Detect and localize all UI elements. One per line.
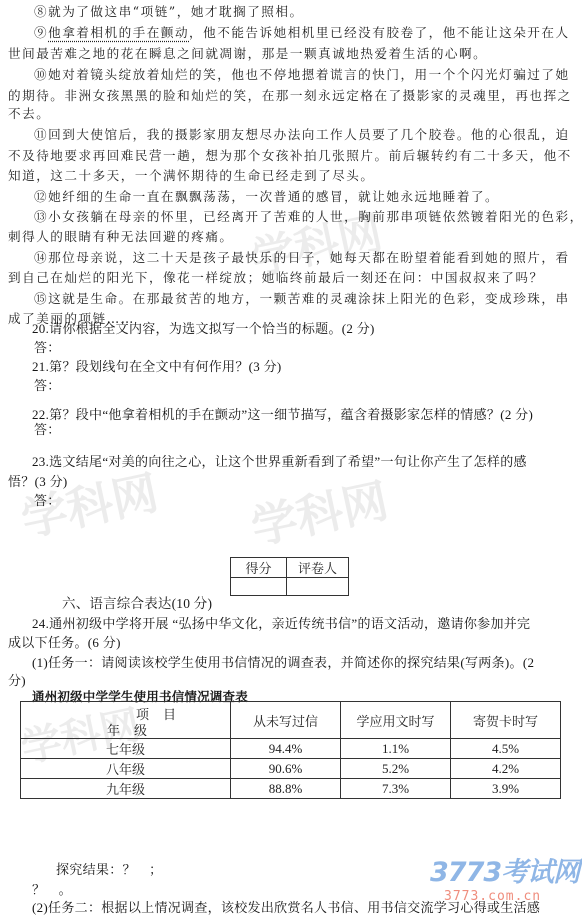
result-line-2: ？ 。	[32, 882, 72, 897]
emphasized-phrase: 他拿着相机的手在颤动	[48, 25, 189, 40]
value-cell: 1.1%	[341, 739, 451, 759]
paragraph-10-line-2: 的期待。非洲女孩黑黑的脸和灿烂的笑，在那一刻永远定格在了摄影家的灵魂里，再也挥之	[8, 88, 572, 103]
result-label: 探究结果：？ ；	[56, 862, 162, 877]
task-1-line-1: (1)任务一：请阅读该校学生使用书信情况的调查表，并简述你的探究结果(写两条)。…	[32, 655, 534, 670]
paragraph-11-line-2: 不及待地要求再回难民营一趟，想为那个女孩补拍几张照片。前后辗转约有二十多天，他不	[8, 148, 572, 163]
table-row: 九年级 88.8% 7.3% 3.9%	[21, 779, 561, 799]
column-header: 学应用文时写	[341, 702, 451, 739]
value-cell: 7.3%	[341, 779, 451, 799]
score-header: 得分	[231, 558, 287, 578]
question-23-line-1: 23.选文结尾“对美的向往之心，让这个世界重新看到了希望”一句让你产生了怎样的感	[32, 454, 527, 469]
value-cell: 5.2%	[341, 759, 451, 779]
paragraph-10-line-3: 不去。	[8, 106, 50, 121]
value-cell: 88.8%	[231, 779, 341, 799]
paragraph-8: ⑧就为了做这串“项链”，她才耽搁了照相。	[34, 4, 304, 19]
exam-page: 学科网 学科网 学科网 学科网 ⑧就为了做这串“项链”，她才耽搁了照相。 ⑨他拿…	[0, 0, 582, 918]
task-1-line-2: 分)	[8, 673, 26, 688]
paragraph-9-line-2: 世间最苦难之地的花在瞬息之间就凋谢，那是一颗真诚地热爱着生活的心啊。	[8, 46, 487, 61]
answer-label-20: 答：	[34, 340, 61, 355]
paragraph-12: ⑫她纤细的生命一直在飘飘荡荡，一次普通的感冒，就让她永远地睡着了。	[34, 189, 499, 204]
paragraph-10-line-1: ⑩她对着镜头绽放着灿烂的笑，他也不停地摁着谎言的快门，用一个个闪光灯骗过了她	[34, 67, 570, 82]
site-logo-watermark: 3773考试网 3773.com.cn	[430, 850, 579, 904]
logo-text: 3773考试网	[430, 850, 579, 889]
table-header-row: 项目 年级 从未写过信 学应用文时写 寄贺卡时写	[21, 702, 561, 739]
column-header: 从未写过信	[231, 702, 341, 739]
paragraph-11-line-3: 知道，这二十多天，一个满怀期待的生命已经走到了尽头。	[8, 168, 374, 183]
value-cell: 90.6%	[231, 759, 341, 779]
question-21: 21.第？段划线句在全文中有何作用？(3 分)	[32, 359, 282, 374]
paragraph-14-line-2: 到自己在灿烂的阳光下，像花一样绽放；她临终前最后一刻还在问：中国叔叔来了吗？	[8, 270, 544, 285]
paragraph-13-line-1: ⑬小女孩躺在母亲的怀里，已经离开了苦难的人世，胸前那串项链依然镀着阳光的色彩，	[34, 209, 582, 224]
question-22: 22.第？段中“他拿着相机的手在颤动”这一细节描写，蕴含着摄影家怎样的情感？(2…	[32, 407, 533, 422]
column-header: 寄贺卡时写	[451, 702, 561, 739]
grade-cell: 九年级	[21, 779, 231, 799]
value-cell: 94.4%	[231, 739, 341, 759]
section-6-title: 六、语言综合表达(10 分)	[62, 596, 212, 611]
grader-header: 评卷人	[287, 558, 349, 578]
watermark-text: 学科网	[245, 464, 394, 557]
survey-table: 项目 年级 从未写过信 学应用文时写 寄贺卡时写 七年级 94.4% 1.1% …	[20, 701, 561, 799]
corner-label-grade: 年级	[107, 720, 161, 739]
question-23-line-2: 悟？(3 分)	[8, 474, 68, 489]
value-cell: 3.9%	[451, 779, 561, 799]
grade-cell: 七年级	[21, 739, 231, 759]
score-cell[interactable]	[231, 578, 287, 596]
paragraph-15-line-1: ⑮这就是生命。在那最贫苦的地方，一颗苦难的灵魂涂抹上阳光的色彩，变成珍珠，串	[34, 291, 570, 306]
paragraph-13-line-2: 刺得人的眼睛有种无法回避的疼痛。	[8, 229, 234, 244]
question-24-line-2: 成以下任务。(6 分)	[8, 635, 121, 650]
paragraph-number: ⑨	[34, 25, 48, 40]
score-box: 得分 评卷人	[230, 557, 349, 596]
corner-header: 项目 年级	[21, 702, 231, 739]
grader-cell[interactable]	[287, 578, 349, 596]
paragraph-11-line-1: ⑪回到大使馆后，我的摄影家朋友想尽办法向工作人员要了几个胶卷。他的心很乱，迫	[34, 127, 570, 142]
value-cell: 4.5%	[451, 739, 561, 759]
value-cell: 4.2%	[451, 759, 561, 779]
grade-cell: 八年级	[21, 759, 231, 779]
question-20: 20.请你根据全文内容，为选文拟写一个恰当的标题。(2 分)	[32, 321, 375, 336]
paragraph-14-line-1: ⑭那位母亲说，这二十天是孩子最快乐的日子，她每天都在盼望着能看到她的照片，看	[34, 250, 570, 265]
logo-url: 3773.com.cn	[444, 889, 579, 904]
answer-label-22: 答：	[34, 422, 61, 437]
table-row: 七年级 94.4% 1.1% 4.5%	[21, 739, 561, 759]
paragraph-9-line-1: ⑨他拿着相机的手在颤动，他不能告诉她相机里已经没有胶卷了，他不能让这朵开在人	[34, 25, 570, 40]
question-24-line-1: 24.通州初级中学将开展 “弘扬中华文化，亲近传统书信”的语文活动，邀请你参加并…	[32, 616, 530, 631]
answer-label-21: 答：	[34, 378, 61, 393]
table-row: 八年级 90.6% 5.2% 4.2%	[21, 759, 561, 779]
answer-label-23: 答：	[34, 493, 61, 508]
paragraph-text: ，他不能告诉她相机里已经没有胶卷了，他不能让这朵开在人	[189, 25, 570, 40]
